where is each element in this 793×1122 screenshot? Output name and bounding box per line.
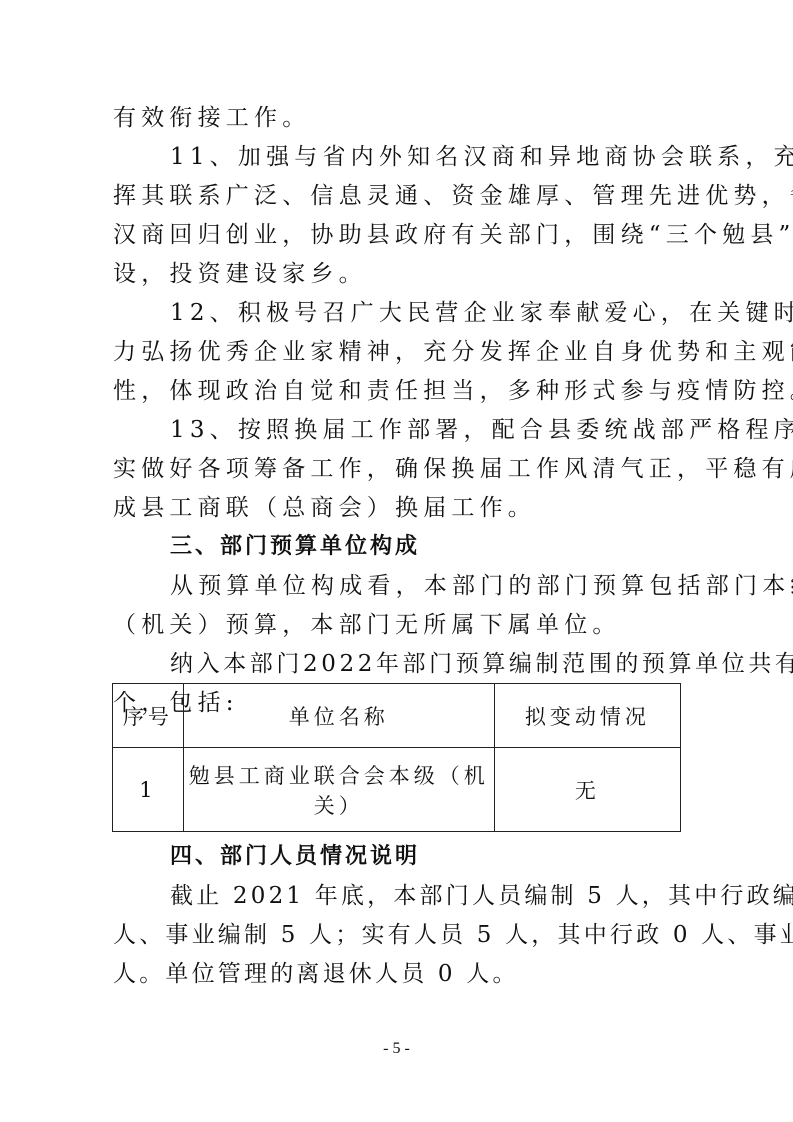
paragraph-line: 截止 2021 年底，本部门人员编制 5 人，其中行政编制 0 xyxy=(170,882,683,910)
section-heading: 三、部门预算单位构成 xyxy=(170,533,683,561)
paragraph-line: 力弘扬优秀企业家精神，充分发挥企业自身优势和主观能动 xyxy=(113,338,683,366)
paragraph-line: 人、事业编制 5 人；实有人员 5 人，其中行政 0 人、事业 5 xyxy=(113,921,683,949)
page-number: - 5 - xyxy=(0,1040,793,1058)
paragraph-line: 有效衔接工作。 xyxy=(113,104,683,132)
paragraph-line: 设，投资建设家乡。 xyxy=(113,260,683,288)
paragraph-line: 13、按照换届工作部署，配合县委统战部严格程序，扎 xyxy=(170,416,683,444)
paragraph-line: 11、加强与省内外知名汉商和异地商协会联系，充分发 xyxy=(170,143,683,171)
section-heading: 四、部门人员情况说明 xyxy=(170,843,683,871)
table-row: 1 勉县工商业联合会本级（机关） 无 xyxy=(113,748,681,832)
paragraph-line: （机关）预算，本部门无所属下属单位。 xyxy=(113,611,683,639)
table-cell: 1 xyxy=(113,748,184,832)
paragraph-line: 成县工商联（总商会）换届工作。 xyxy=(113,494,683,522)
paragraph-line: 纳入本部门2022年部门预算编制范围的预算单位共有1 xyxy=(170,650,683,678)
paragraph-line: 挥其联系广泛、信息灵通、资金雄厚、管理先进优势，争取 xyxy=(113,182,683,210)
table-header-cell: 拟变动情况 xyxy=(494,684,680,748)
paragraph-line: 从预算单位构成看，本部门的部门预算包括部门本级 xyxy=(170,572,683,600)
table-header-row: 序号 单位名称 拟变动情况 xyxy=(113,684,681,748)
paragraph-line: 性，体现政治自觉和责任担当，多种形式参与疫情防控。 xyxy=(113,377,683,405)
document-page: 有效衔接工作。 11、加强与省内外知名汉商和异地商协会联系，充分发 挥其联系广泛… xyxy=(0,0,793,1122)
table-cell: 勉县工商业联合会本级（机关） xyxy=(183,748,494,832)
table-cell: 无 xyxy=(494,748,680,832)
paragraph-line: 12、积极号召广大民营企业家奉献爱心，在关键时期大 xyxy=(170,299,683,327)
paragraph-line: 人。单位管理的离退休人员 0 人。 xyxy=(113,960,683,988)
paragraph-line: 汉商回归创业，协助县政府有关部门，围绕“三个勉县”建 xyxy=(113,221,683,249)
budget-units-table: 序号 单位名称 拟变动情况 1 勉县工商业联合会本级（机关） 无 xyxy=(112,683,681,832)
table-header-cell: 单位名称 xyxy=(183,684,494,748)
paragraph-line: 实做好各项筹备工作，确保换届工作风清气正，平稳有序完 xyxy=(113,455,683,483)
table-header-cell: 序号 xyxy=(113,684,184,748)
